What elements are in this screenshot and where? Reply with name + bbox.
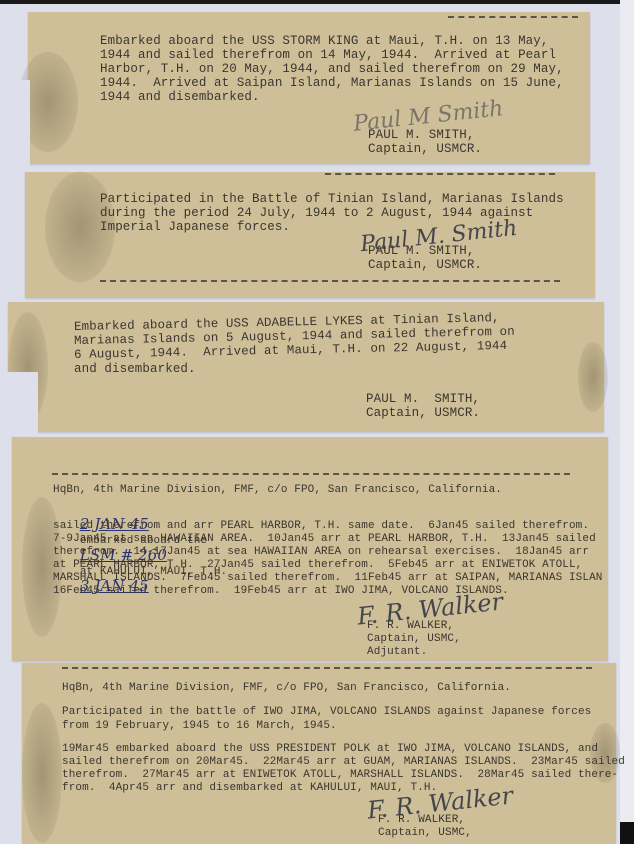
entry-1-line-5: 1944 and disembarked.: [100, 90, 260, 104]
dashed-separator: [100, 280, 560, 282]
entry-5-para1-line-1: Participated in the battle of IWO JIMA, …: [62, 705, 591, 719]
entry-1-line-4: 1944. Arrived at Saipan Island, Marianas…: [100, 76, 564, 90]
entry-5-signer-rank: Captain, USMC,: [378, 826, 472, 840]
record-strip-3: Embarked aboard the USS ADABELLE LYKES a…: [8, 302, 604, 432]
entry-5-signer-name: F. R. WALKER,: [378, 813, 465, 827]
entry-4-line-2: 7-9Jan45 at sea HAWAIIAN AREA. 10Jan45 a…: [53, 532, 596, 546]
entry-5-para2-line-2: sailed therefrom on 20Mar45. 22Mar45 arr…: [62, 755, 625, 769]
entry-5-unit-header: HqBn, 4th Marine Division, FMF, c/o FPO,…: [62, 681, 511, 695]
record-strip-1: Embarked aboard the USS STORM KING at Ma…: [28, 12, 590, 164]
entry-4-line-5: MARSHALL ISLANDS. 7Feb45 sailed therefro…: [53, 571, 603, 585]
entry-2-signer-rank: Captain, USMCR.: [368, 258, 482, 272]
entry-4-unit-header: HqBn, 4th Marine Division, FMF, c/o FPO,…: [53, 483, 502, 497]
entry-4-line-1: sailed therefrom and arr PEARL HARBOR, T…: [53, 519, 589, 533]
entry-4-line-3: therefrom. 14-17Jan45 at sea HAWAIIAN AR…: [53, 545, 589, 559]
entry-5-para2-line-3: therefrom. 27Mar45 arr at ENIWETOK ATOLL…: [62, 768, 618, 782]
entry-5-para2-line-4: from. 4Apr45 arr and disembarked at KAHU…: [62, 781, 437, 795]
entry-2-line-2: during the period 24 July, 1944 to 2 Aug…: [100, 206, 533, 220]
entry-1-line-1: Embarked aboard the USS STORM KING at Ma…: [100, 34, 548, 48]
entry-4-signer-name: F. R. WALKER,: [367, 619, 454, 633]
dashed-separator: [448, 16, 578, 18]
entry-1-signer-rank: Captain, USMCR.: [368, 142, 482, 156]
dashed-separator: [325, 173, 555, 175]
torn-edge: [0, 372, 38, 436]
record-strip-5: HqBn, 4th Marine Division, FMF, c/o FPO,…: [22, 663, 616, 844]
record-strip-2: Participated in the Battle of Tinian Isl…: [25, 172, 595, 298]
entry-4-signer-rank: Captain, USMC,: [367, 632, 461, 646]
entry-2-line-1: Participated in the Battle of Tinian Isl…: [100, 192, 564, 206]
entry-1-line-3: Harbor, T.H. on 20 May, 1944, and sailed…: [100, 62, 564, 76]
torn-edge: [0, 80, 30, 166]
entry-5-para2-line-1: 19Mar45 embarked aboard the USS PRESIDEN…: [62, 742, 598, 756]
entry-3-signer-name: PAUL M. SMITH,: [366, 392, 480, 406]
entry-4-line-4: at PEARL HARBOR, T.H. 27Jan45 sailed the…: [53, 558, 582, 572]
entry-5-para1-line-2: from 19 February, 1945 to 16 March, 1945…: [62, 719, 337, 733]
entry-3-signer-rank: Captain, USMCR.: [366, 406, 480, 420]
bottom-edge-bar: [620, 822, 634, 844]
entry-2-line-3: Imperial Japanese forces.: [100, 220, 290, 234]
top-edge-bar: [0, 0, 634, 4]
entry-1-signer-name: PAUL M. SMITH,: [368, 128, 474, 142]
entry-2-signer-name: PAUL M. SMITH,: [368, 244, 474, 258]
entry-3-line-4: and disembarked.: [74, 362, 196, 376]
entry-4-signer-title: Adjutant.: [367, 645, 427, 659]
dashed-separator: [52, 473, 570, 475]
dashed-separator: [62, 667, 592, 669]
right-edge-margin: [620, 0, 634, 844]
entry-1-line-2: 1944 and sailed therefrom on 14 May, 194…: [100, 48, 556, 62]
record-strip-4: HqBn, 4th Marine Division, FMF, c/o FPO,…: [12, 437, 608, 661]
